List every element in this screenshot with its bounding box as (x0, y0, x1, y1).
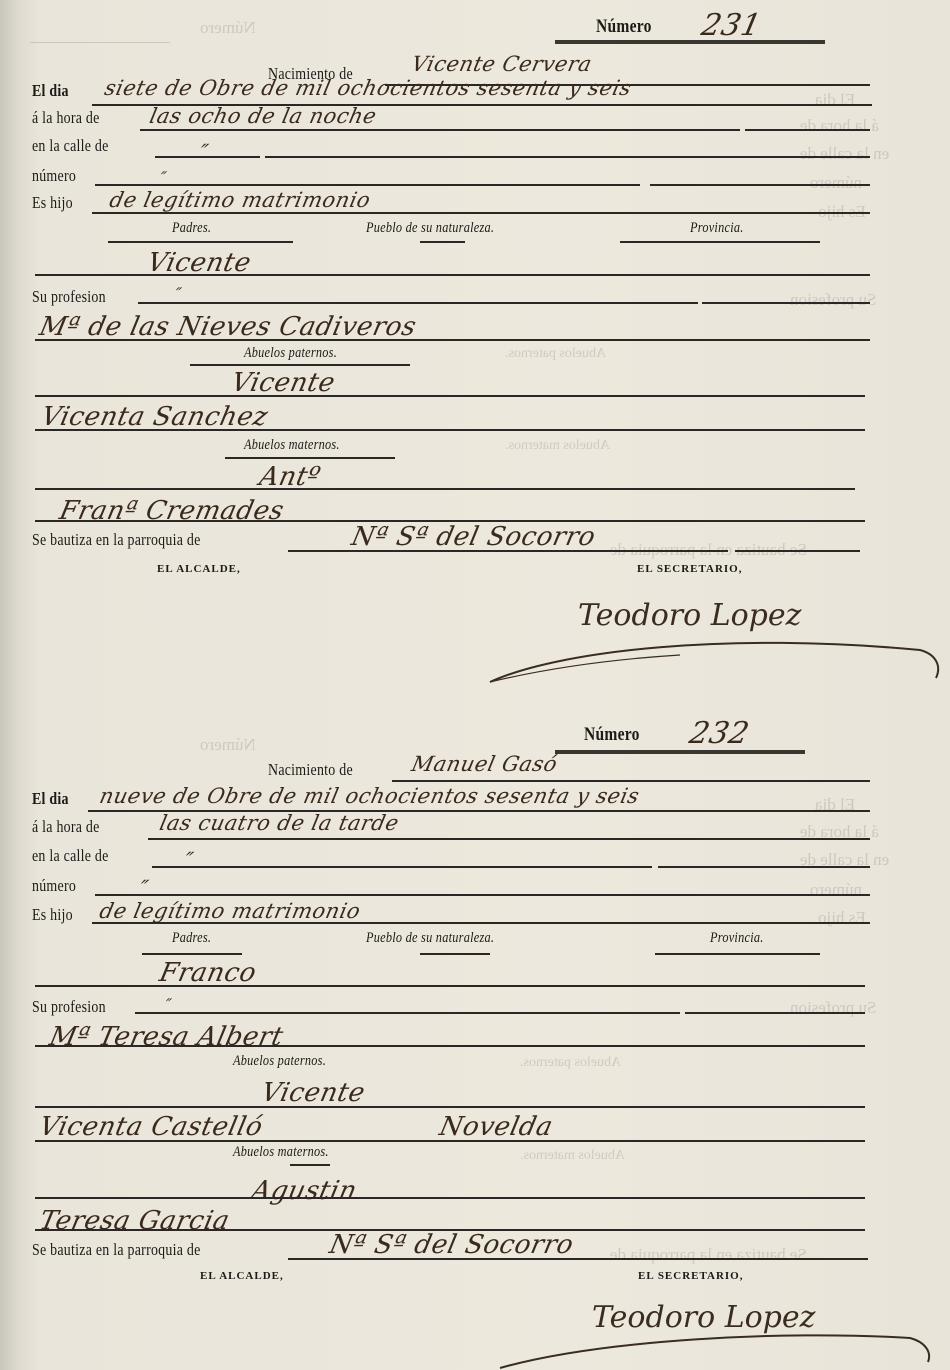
header-underline (420, 953, 490, 955)
field-line (702, 302, 870, 304)
pueblo-label: Pueblo de su naturaleza. (366, 930, 494, 947)
signature-flourish-icon (480, 620, 940, 690)
field-line (135, 1012, 680, 1014)
field-line (392, 780, 870, 782)
bleed-through-line (30, 42, 170, 43)
bleed-through-text: El dia (815, 795, 855, 815)
header-underline (620, 241, 820, 243)
record-number: 232 (686, 716, 752, 751)
bleed-through-text: número (810, 173, 862, 193)
field-line (92, 212, 870, 214)
field-line (35, 429, 865, 431)
child-name: Manuel Gasó (409, 752, 559, 776)
field-line (152, 866, 652, 868)
calle-label: en la calle de (32, 846, 109, 866)
father-name: Franco (157, 958, 259, 988)
bleed-through-text: á la hora de (800, 116, 879, 136)
field-line (685, 1012, 865, 1014)
abuelos-paternos-label: Abuelos paternos. (233, 1053, 326, 1070)
field-line (288, 550, 728, 552)
bleed-through-text: Abuelos maternos. (505, 438, 610, 454)
paternal-grandmother: Vicenta Castelló (37, 1112, 266, 1142)
field-line (35, 339, 870, 341)
pueblo-label: Pueblo de su naturaleza. (366, 220, 494, 237)
street: ″ (197, 140, 210, 164)
field-line (95, 894, 870, 896)
field-line (95, 184, 640, 186)
header-underline (225, 457, 395, 459)
numero-calle-label: número (32, 166, 76, 186)
parish: Nª Sª del Socorro (349, 522, 598, 552)
padres-label: Padres. (172, 220, 211, 237)
el-dia-label: El dia (32, 81, 69, 101)
provincia-label: Provincia. (710, 930, 764, 947)
maternal-grandfather: Agustin (249, 1176, 360, 1206)
header-underline (420, 241, 465, 243)
provincia-label: Provincia. (690, 220, 744, 237)
mother-name: Mª Teresa Albert (47, 1022, 286, 1052)
nacimiento-label: Nacimiento de (268, 760, 353, 780)
abuelos-maternos-label: Abuelos maternos. (233, 1144, 329, 1161)
field-line (138, 302, 698, 304)
child-name: Vicente Cervera (409, 52, 594, 76)
record-number: 231 (698, 8, 764, 43)
header-underline (108, 241, 293, 243)
field-line (745, 129, 870, 131)
abuelos-maternos-label: Abuelos maternos. (244, 437, 340, 454)
bleed-through-text: Número (200, 735, 256, 755)
birth-hour: las ocho de la noche (147, 104, 378, 128)
header-underline (655, 953, 820, 955)
padres-label: Padres. (172, 930, 211, 947)
field-line (148, 838, 870, 840)
filiation: de legítimo matrimonio (107, 188, 372, 212)
paternal-grandfather: Vicente (229, 368, 338, 398)
signature-flourish-icon (480, 1320, 940, 1370)
street-number: ″ (137, 876, 150, 900)
field-line (35, 1045, 865, 1047)
secretario-label: EL SECRETARIO, (638, 1270, 744, 1282)
street: ″ (182, 848, 195, 872)
profesion-label: Su profesion (32, 287, 106, 307)
parish: Nª Sª del Socorro (327, 1230, 576, 1260)
es-hijo-label: Es hijo (32, 905, 73, 925)
field-line (140, 129, 740, 131)
paternal-grandfather: Vicente (259, 1078, 368, 1108)
bautiza-label: Se bautiza en la parroquia de (32, 1240, 201, 1260)
bleed-through-text: Abuelos maternos. (520, 1148, 625, 1164)
field-line (288, 1258, 868, 1260)
secretario-label: EL SECRETARIO, (637, 563, 743, 575)
calle-label: en la calle de (32, 136, 109, 156)
alcalde-label: EL ALCALDE, (157, 563, 241, 575)
field-line (35, 395, 865, 397)
es-hijo-label: Es hijo (32, 193, 73, 213)
field-line (35, 1140, 865, 1142)
numero-underline (555, 750, 805, 754)
header-underline (190, 364, 410, 366)
abuelos-paternos-label: Abuelos paternos. (244, 345, 337, 362)
field-line (35, 274, 870, 276)
father-profession: ″ (173, 284, 184, 303)
el-dia-label: El dia (32, 789, 69, 809)
header-underline (142, 953, 242, 955)
bleed-through-text: El dia (815, 90, 855, 110)
bleed-through-text: Número (200, 18, 256, 38)
field-line (155, 156, 260, 158)
maternal-grandmother: Teresa Garcia (37, 1206, 233, 1236)
field-line (265, 156, 870, 158)
register-page: Número El dia á la hora de en la calle d… (0, 0, 950, 1370)
field-line (35, 488, 855, 490)
bleed-through-text: número (810, 880, 862, 900)
numero-label: Número (596, 16, 652, 38)
field-line (35, 985, 865, 987)
numero-underline (555, 40, 825, 44)
field-line (735, 550, 860, 552)
bleed-through-text: Su profesion (790, 998, 876, 1018)
paternal-grandmother: Vicenta Sanchez (39, 402, 271, 432)
paternal-grandmother-town: Novelda (437, 1112, 556, 1142)
filiation: de legítimo matrimonio (97, 899, 362, 923)
birth-date: siete de Obre de mil ochocientos sesenta… (102, 76, 633, 100)
field-line (658, 866, 870, 868)
hora-label: á la hora de (32, 817, 100, 837)
bleed-through-text: en la calle de (800, 144, 889, 164)
hora-label: á la hora de (32, 108, 100, 128)
field-line (650, 184, 870, 186)
profesion-label: Su profesion (32, 997, 106, 1017)
alcalde-label: EL ALCALDE, (200, 1270, 284, 1282)
field-line (35, 1106, 865, 1108)
bleed-through-text: Su profesion (790, 290, 876, 310)
bleed-through-text: Se bautiza en la parroquia de (610, 1245, 807, 1265)
header-underline (290, 1164, 330, 1166)
birth-date: nueve de Obre de mil ochocientos sesenta… (97, 784, 641, 808)
field-line (92, 922, 870, 924)
numero-label: Número (584, 724, 640, 746)
numero-calle-label: número (32, 876, 76, 896)
mother-name: Mª de las Nieves Cadiveros (37, 312, 419, 342)
field-line (35, 1197, 865, 1199)
birth-hour: las cuatro de la tarde (157, 811, 401, 835)
bleed-through-text: Abuelos paternos. (520, 1055, 621, 1071)
bleed-through-text: Es hijo (818, 908, 866, 928)
bleed-through-text: Abuelos paternos. (505, 346, 606, 362)
bautiza-label: Se bautiza en la parroquia de (32, 530, 201, 550)
